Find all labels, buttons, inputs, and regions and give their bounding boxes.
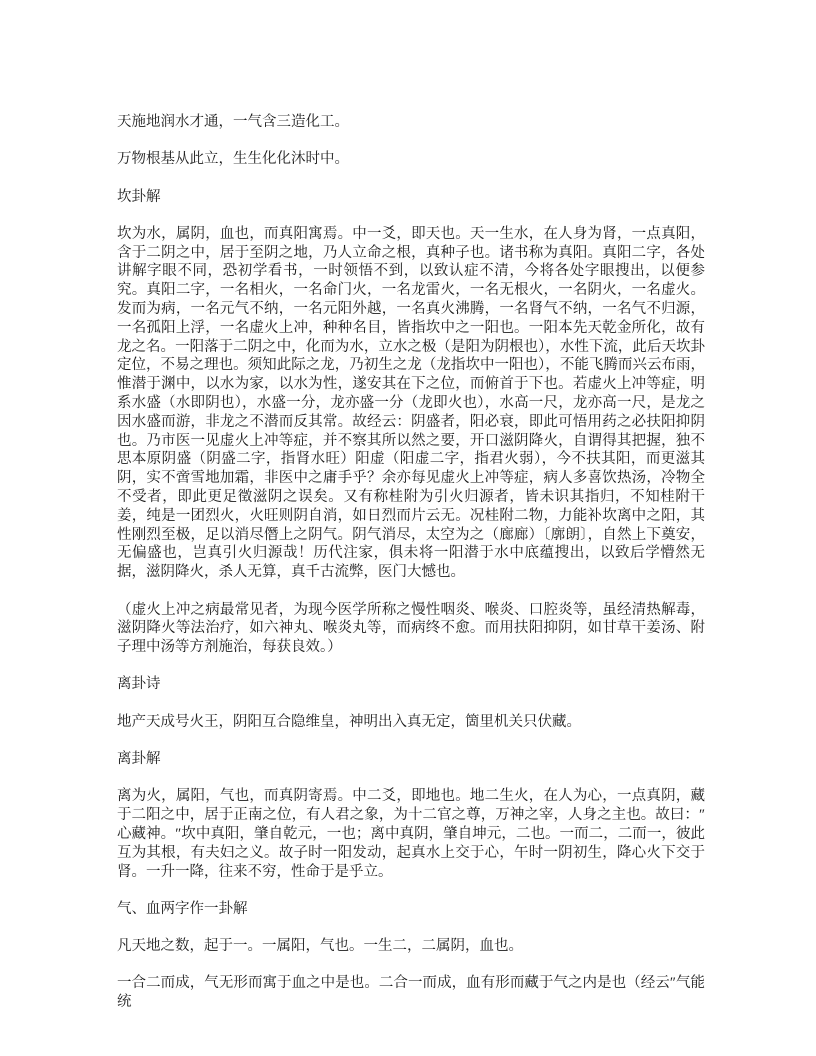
verse-kan-line-2: 万物根基从此立，生生化化沐时中。 (117, 150, 705, 169)
li-explanation-paragraph: 离为火，属阳，气也，而真阴寄焉。中二爻，即地也。地二生火，在人为心，一点真阴，藏… (117, 787, 705, 881)
heading-li-explanation: 离卦解 (117, 750, 705, 769)
kan-explanation-paragraph: 坎为水，属阴，血也，而真阳寓焉。中一爻，即天也。天一生水，在人身为肾，一点真阳，… (117, 225, 705, 582)
heading-li-poem: 离卦诗 (117, 675, 705, 694)
clinical-note-paragraph: （虚火上冲之病最常见者，为现今医学所称之慢性咽炎、喉炎、口腔炎等，虽经清热解毒，… (117, 601, 705, 657)
heading-qi-blood: 气、血两字作一卦解 (117, 900, 705, 919)
qi-blood-paragraph-2: 一合二而成，气无形而寓于血之中是也。二合一而成，血有形而藏于气之内是也（经云″气… (117, 974, 705, 1012)
document-page: 天施地润水才通，一气含三造化工。 万物根基从此立，生生化化沐时中。 坎卦解 坎为… (0, 0, 816, 1056)
verse-kan-line-1: 天施地润水才通，一气含三造化工。 (117, 113, 705, 132)
qi-blood-paragraph-1: 凡天地之数，起于一。一属阳，气也。一生二，二属阴，血也。 (117, 937, 705, 956)
heading-kan-explanation: 坎卦解 (117, 188, 705, 207)
li-poem-line: 地产天成号火王，阴阳互合隐维皇，神明出入真无定，箇里机关只伏藏。 (117, 713, 705, 732)
